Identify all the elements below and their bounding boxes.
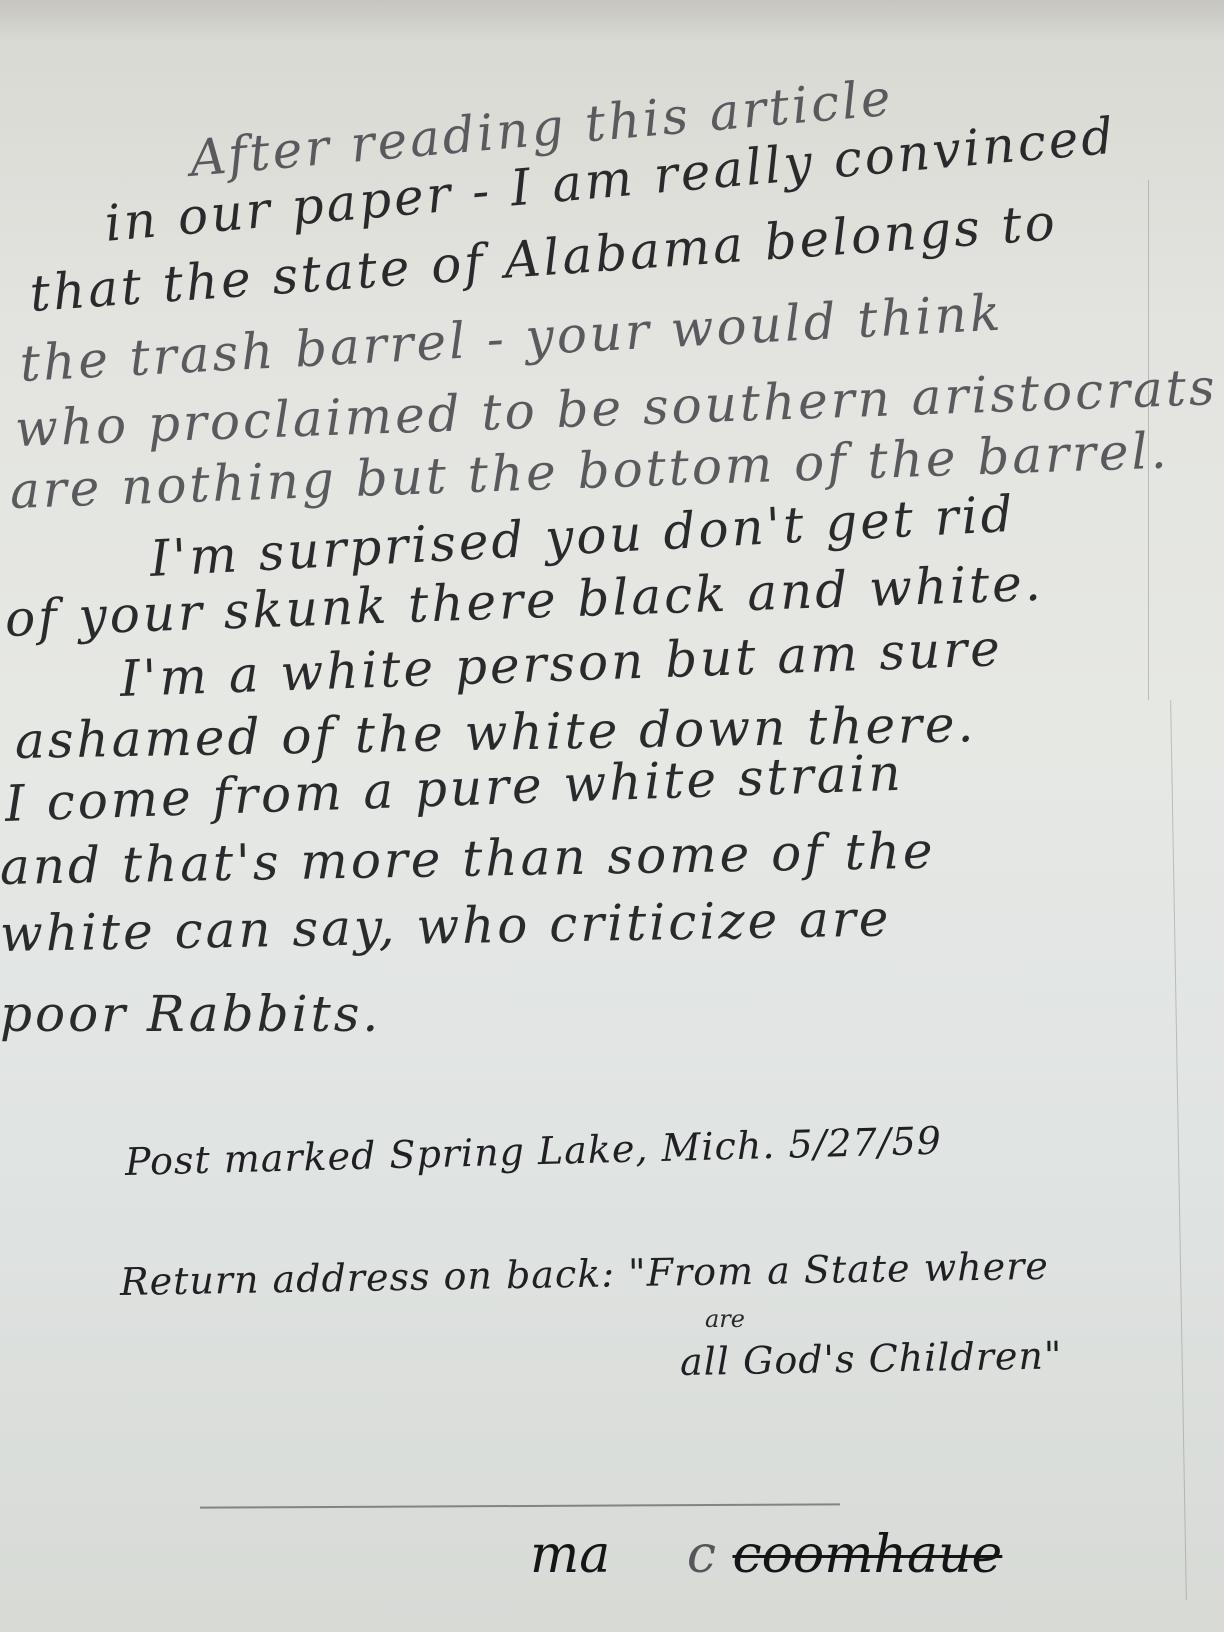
letter-line: poor Rabbits.	[0, 985, 381, 1043]
letter-line: and that's more than some of the	[0, 822, 936, 896]
page-shadow	[0, 0, 1224, 40]
return-label: Return address on back:	[120, 1251, 616, 1304]
return-text-2: all God's Children"	[680, 1333, 1063, 1384]
signature-initial: c	[687, 1525, 716, 1585]
letter-line: white can say, who criticize are	[0, 889, 892, 963]
signature: ma c coomhaue	[530, 1525, 1002, 1585]
return-text-1: "From a State where	[628, 1244, 1049, 1295]
postmark-label: Post marked	[124, 1133, 377, 1184]
postmark-date: 5/27/59	[788, 1119, 943, 1167]
postmark-note: Post marked Spring Lake, Mich. 5/27/59	[124, 1119, 942, 1184]
divider-rule	[200, 1503, 840, 1508]
signature-first: ma	[530, 1525, 610, 1585]
margin-line	[1170, 700, 1187, 1600]
letter-page: After reading this article in our paper …	[0, 0, 1224, 1632]
postmark-place: Spring Lake, Mich.	[389, 1123, 776, 1177]
inserted-word: are	[705, 1305, 745, 1333]
return-address-note: Return address on back: "From a State wh…	[120, 1244, 1050, 1304]
signature-struck: coomhaue	[733, 1525, 1003, 1585]
